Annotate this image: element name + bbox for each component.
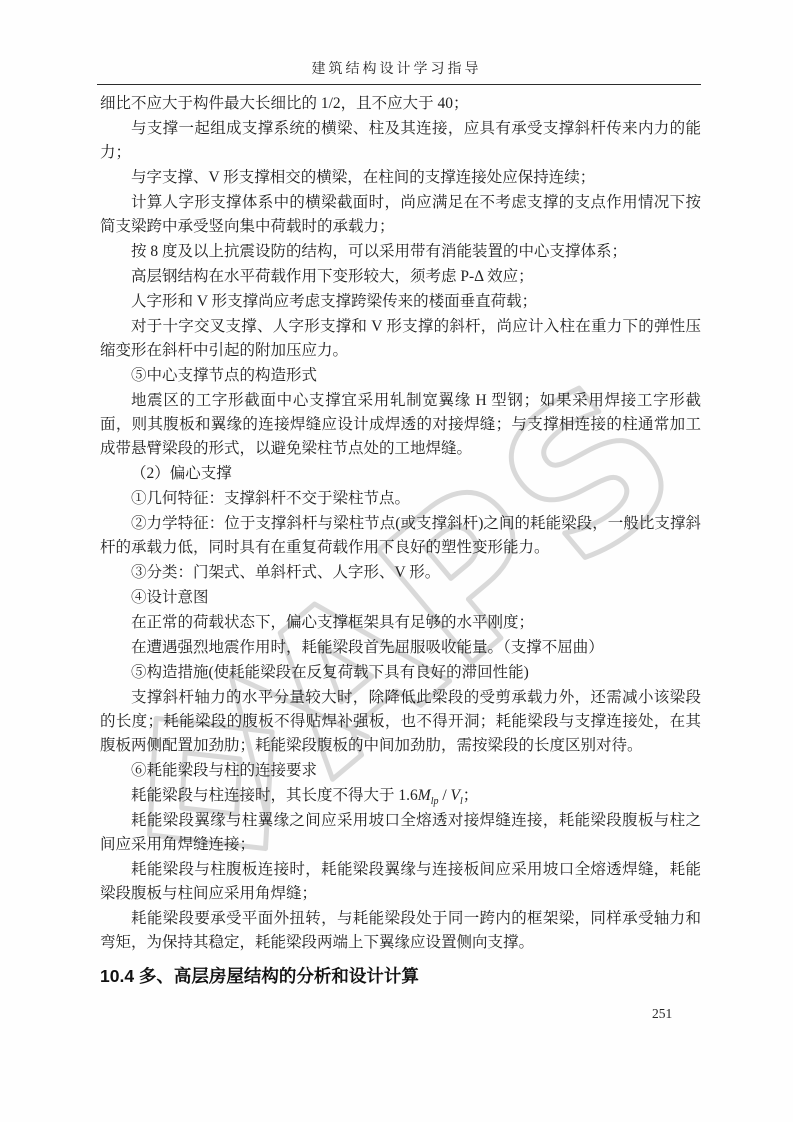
list-item-heading: ⑤构造措施(使耗能梁段在反复荷载下具有良好的滞回性能) [100,661,701,685]
document-page: 建筑结构设计学习指导 APS 细比不应大于构件最大长细比的 1/2，且不应大于 … [0,0,793,1122]
formula-variable-v: V [451,787,460,804]
paragraph: 计算人字形支撑体系中的横梁截面时，尚应满足在不考虑支撑的支点作用情况下按简支梁跨… [100,191,701,239]
subsection-heading: （2）偏心支撑 [100,462,701,486]
formula-paragraph: 耗能梁段与柱连接时，其长度不得大于 1.6Mlp / Vl； [100,784,701,808]
paragraph: 高层钢结构在水平荷载作用下变形较大，须考虑 P-Δ 效应； [100,265,701,289]
paragraph: 耗能梁段与柱腹板连接时，耗能梁段翼缘与连接板间应采用坡口全熔透焊缝，耗能梁段腹板… [100,858,701,906]
paragraph: 与字支撑、V 形支撑相交的横梁，在柱间的支撑连接处应保持连续； [100,166,701,190]
paragraph: 人字形和 V 形支撑尚应考虑支撑跨梁传来的楼面垂直荷载； [100,290,701,314]
paragraph: 地震区的工字形截面中心支撑宜采用轧制宽翼缘 H 型钢；如果采用焊接工字形截面，则… [100,389,701,461]
section-heading: 10.4 多、高层房屋结构的分析和设计计算 [100,964,701,988]
formula-variable-m: M [418,787,431,804]
formula-operator: / [438,787,450,804]
paragraph: 耗能梁段翼缘与柱翼缘之间应采用坡口全熔透对接焊缝连接，耗能梁段腹板与柱之间应采用… [100,809,701,857]
paragraph: 支撑斜杆轴力的水平分量较大时，除降低此梁段的受剪承载力外，还需减小该梁段的长度；… [100,686,701,758]
list-item-heading: ⑤中心支撑节点的构造形式 [100,364,701,388]
formula-prefix: 耗能梁段与柱连接时，其长度不得大于 1.6 [131,787,418,804]
header-divider [97,84,701,85]
paragraph: 耗能梁段要承受平面外扭转，与耗能梁段处于同一跨内的框架梁，同样承受轴力和弯矩，为… [100,907,701,955]
paragraph: 对于十字交叉支撑、人字形支撑和 V 形支撑的斜杆，尚应计入柱在重力下的弹性压缩变… [100,315,701,363]
page-body: 细比不应大于构件最大长细比的 1/2，且不应大于 40； 与支撑一起组成支撑系统… [100,92,701,988]
list-item: ④设计意图 [100,586,701,610]
paragraph: 按 8 度及以上抗震设防的结构，可以采用带有消能装置的中心支撑体系； [100,240,701,264]
list-item: ③分类：门架式、单斜杆式、人字形、V 形。 [100,561,701,585]
page-number: 251 [652,1006,672,1022]
list-item: ①几何特征：支撑斜杆不交于梁柱节点。 [100,487,701,511]
list-item-heading: ⑥耗能梁段与柱的连接要求 [100,759,701,783]
paragraph: 与支撑一起组成支撑系统的横梁、柱及其连接，应具有承受支撑斜杆传来内力的能力； [100,117,701,165]
formula-suffix: ； [463,787,479,804]
paragraph: 在遭遇强烈地震作用时，耗能梁段首先屈服吸收能量。（支撑不屈曲） [100,636,701,660]
paragraph: 细比不应大于构件最大长细比的 1/2，且不应大于 40； [100,92,701,116]
running-header: 建筑结构设计学习指导 [0,58,793,78]
paragraph: 在正常的荷载状态下，偏心支撑框架具有足够的水平刚度； [100,611,701,635]
list-item: ②力学特征：位于支撑斜杆与梁柱节点(或支撑斜杆)之间的耗能梁段，一般比支撑斜杆的… [100,512,701,560]
